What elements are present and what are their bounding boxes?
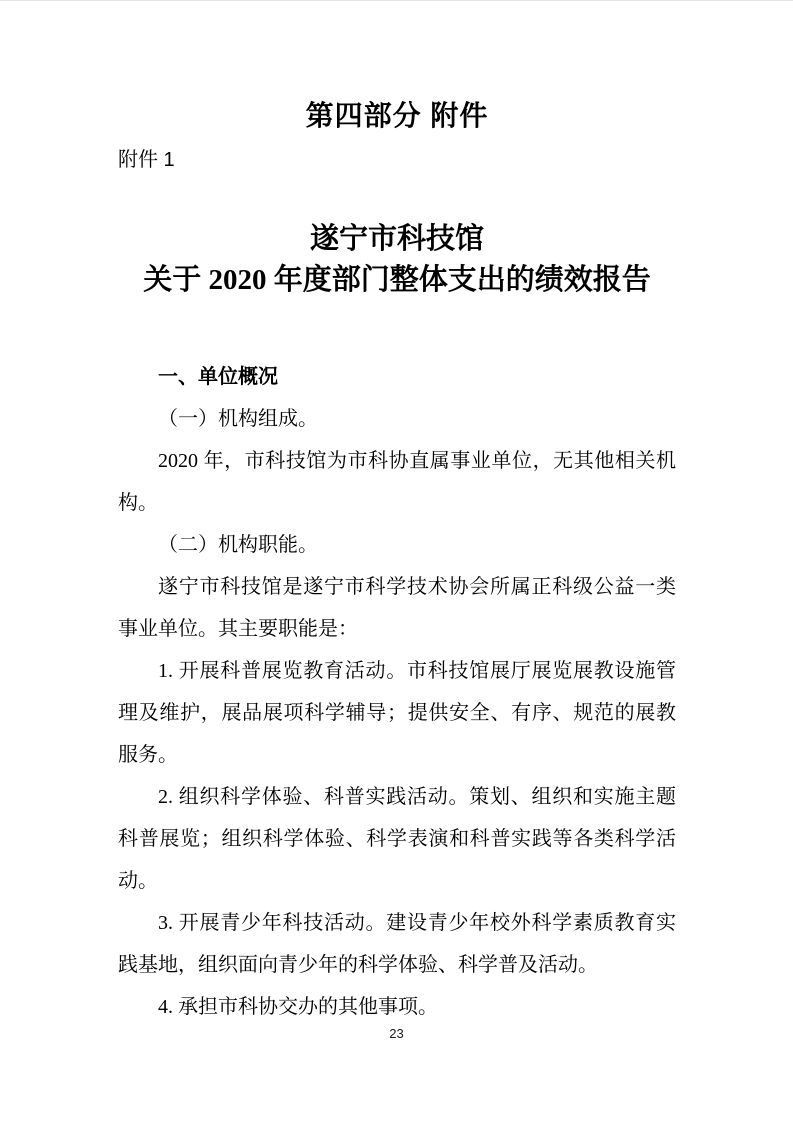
paragraph: 遂宁市科技馆是遂宁市科学技术协会所属正科级公益一类事业单位。其主要职能是： xyxy=(118,566,676,650)
section-heading: 一、单位概况 xyxy=(118,356,676,398)
paragraph: 2. 组织科学体验、科普实践活动。策划、组织和实施主题科普展览；组织科学体验、科… xyxy=(118,776,676,902)
page-number: 23 xyxy=(0,1026,793,1042)
document-title: 遂宁市科技馆 关于 2020 年度部门整体支出的绩效报告 xyxy=(118,219,676,301)
subsection-heading: （二）机构职能。 xyxy=(118,524,676,566)
part-title: 第四部分 附件 xyxy=(118,98,676,134)
document-page: 第四部分 附件 附件 1 遂宁市科技馆 关于 2020 年度部门整体支出的绩效报… xyxy=(0,0,793,1122)
attachment-label: 附件 1 xyxy=(118,147,676,173)
document-body: 一、单位概况 （一）机构组成。 2020 年，市科技馆为市科协直属事业单位，无其… xyxy=(118,356,676,1028)
paragraph: 4. 承担市科协交办的其他事项。 xyxy=(118,986,676,1028)
paragraph: 1. 开展科普展览教育活动。市科技馆展厅展览展教设施管理及维护，展品展项科学辅导… xyxy=(118,650,676,776)
subsection-heading: （一）机构组成。 xyxy=(118,398,676,440)
document-title-line2: 关于 2020 年度部门整体支出的绩效报告 xyxy=(118,260,676,301)
paragraph: 2020 年，市科技馆为市科协直属事业单位，无其他相关机构。 xyxy=(118,440,676,524)
paragraph: 3. 开展青少年科技活动。建设青少年校外科学素质教育实践基地，组织面向青少年的科… xyxy=(118,902,676,986)
document-title-line1: 遂宁市科技馆 xyxy=(118,219,676,260)
